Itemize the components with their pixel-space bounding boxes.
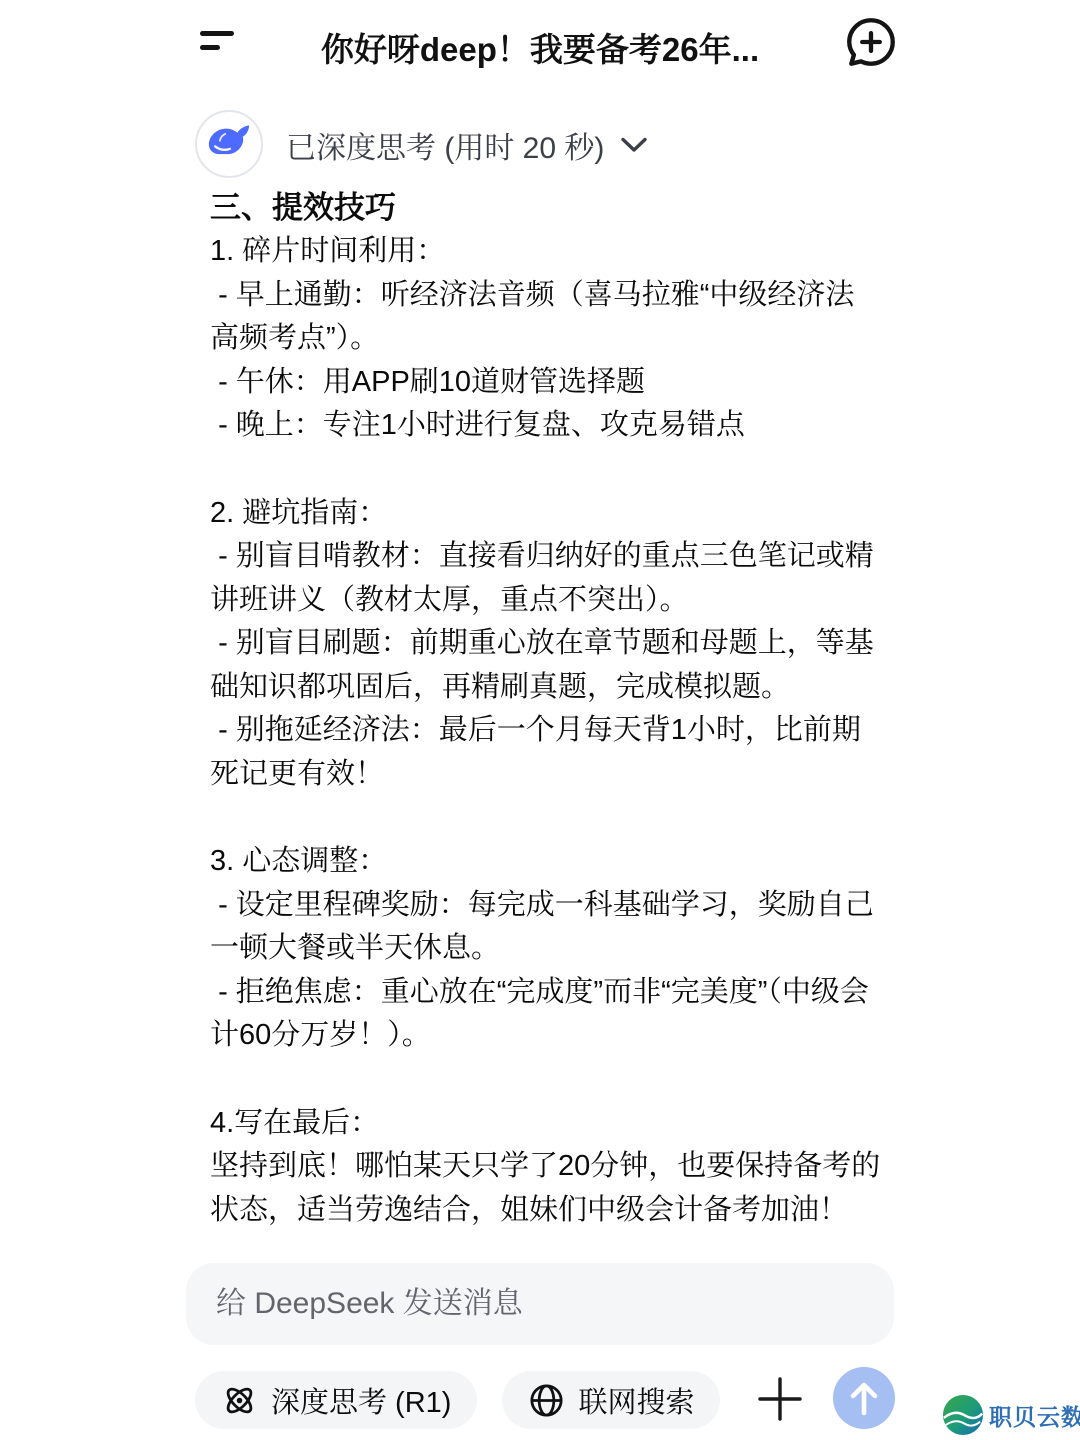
message-paragraph: - 晚上：专注1小时进行复盘、攻克易错点 [210,404,882,448]
web-search-button[interactable]: 联网搜索 [502,1371,720,1429]
message-paragraph: 1. 碎片时间利用： [210,230,882,274]
deepseek-chat-screen: 你好呀deep！我要备考26年... 已深度思考 (用时 20 秒) 三、提效技… [0,0,1080,1440]
section-heading: 三、提效技巧 [210,186,882,230]
web-search-label: 联网搜索 [578,1380,694,1421]
message-section: 2. 避坑指南： - 别盲目啃教材：直接看归纳好的重点三色笔记或精讲班讲义（教材… [210,492,882,797]
message-paragraph: - 午休：用APP刷10道财管选择题 [210,361,882,405]
message-body: 三、提效技巧1. 碎片时间利用： - 早上通勤：听经济法音频（喜马拉雅“中级经济… [210,186,882,1232]
deepseek-whale-icon [206,121,252,167]
message-paragraph: - 拒绝焦虑：重心放在“完成度”而非“完美度”（中级会计60分万岁！）。 [210,971,882,1058]
message-input[interactable] [186,1263,894,1345]
message-section: 4.写在最后：坚持到底！哪怕某天只学了20分钟，也要保持备考的状态，适当劳逸结合… [210,1102,882,1233]
message-paragraph: 2. 避坑指南： [210,492,882,536]
conversation-title: 你好呀deep！我要备考26年... [120,24,960,71]
watermark: 职贝云数 [942,1394,1080,1436]
chevron-down-icon [620,136,648,154]
message-paragraph: - 别盲目刷题：前期重心放在章节题和母题上，等基础知识都巩固后，再精刷真题，完成… [210,622,882,709]
plus-icon [757,1376,803,1422]
attach-plus-button[interactable] [757,1376,803,1422]
deep-think-button[interactable]: 深度思考 (R1) [195,1371,477,1429]
thought-summary-toggle[interactable]: 已深度思考 (用时 20 秒) [286,123,648,167]
message-section: 3. 心态调整： - 设定里程碑奖励：每完成一科基础学习，奖励自己一顿大餐或半天… [210,840,882,1058]
message-paragraph: 4.写在最后： [210,1102,882,1146]
assistant-avatar [195,110,263,178]
arrow-up-icon [847,1379,881,1417]
watermark-text: 职贝云数 [989,1399,1080,1432]
watermark-logo-icon [942,1394,984,1436]
message-input-box[interactable] [186,1263,894,1345]
atom-icon [221,1382,258,1419]
new-chat-icon[interactable] [842,13,900,71]
message-paragraph: - 早上通勤：听经济法音频（喜马拉雅“中级经济法高频考点”）。 [210,274,882,361]
message-paragraph: 坚持到底！哪怕某天只学了20分钟，也要保持备考的状态，适当劳逸结合，姐妹们中级会… [210,1145,882,1232]
message-paragraph: - 设定里程碑奖励：每完成一科基础学习，奖励自己一顿大餐或半天休息。 [210,884,882,971]
deep-think-label: 深度思考 (R1) [271,1380,451,1421]
send-button[interactable] [833,1367,895,1429]
message-paragraph: - 别拖延经济法：最后一个月每天背1小时，比前期死记更有效！ [210,709,882,796]
message-paragraph: 3. 心态调整： [210,840,882,884]
globe-icon [528,1382,565,1419]
thought-summary-label: 已深度思考 (用时 20 秒) [286,123,604,167]
message-section: 三、提效技巧1. 碎片时间利用： - 早上通勤：听经济法音频（喜马拉雅“中级经济… [210,186,882,448]
composer-toolbar: 深度思考 (R1) 联网搜索 [195,1371,720,1429]
message-paragraph: - 别盲目啃教材：直接看归纳好的重点三色笔记或精讲班讲义（教材太厚，重点不突出）… [210,535,882,622]
